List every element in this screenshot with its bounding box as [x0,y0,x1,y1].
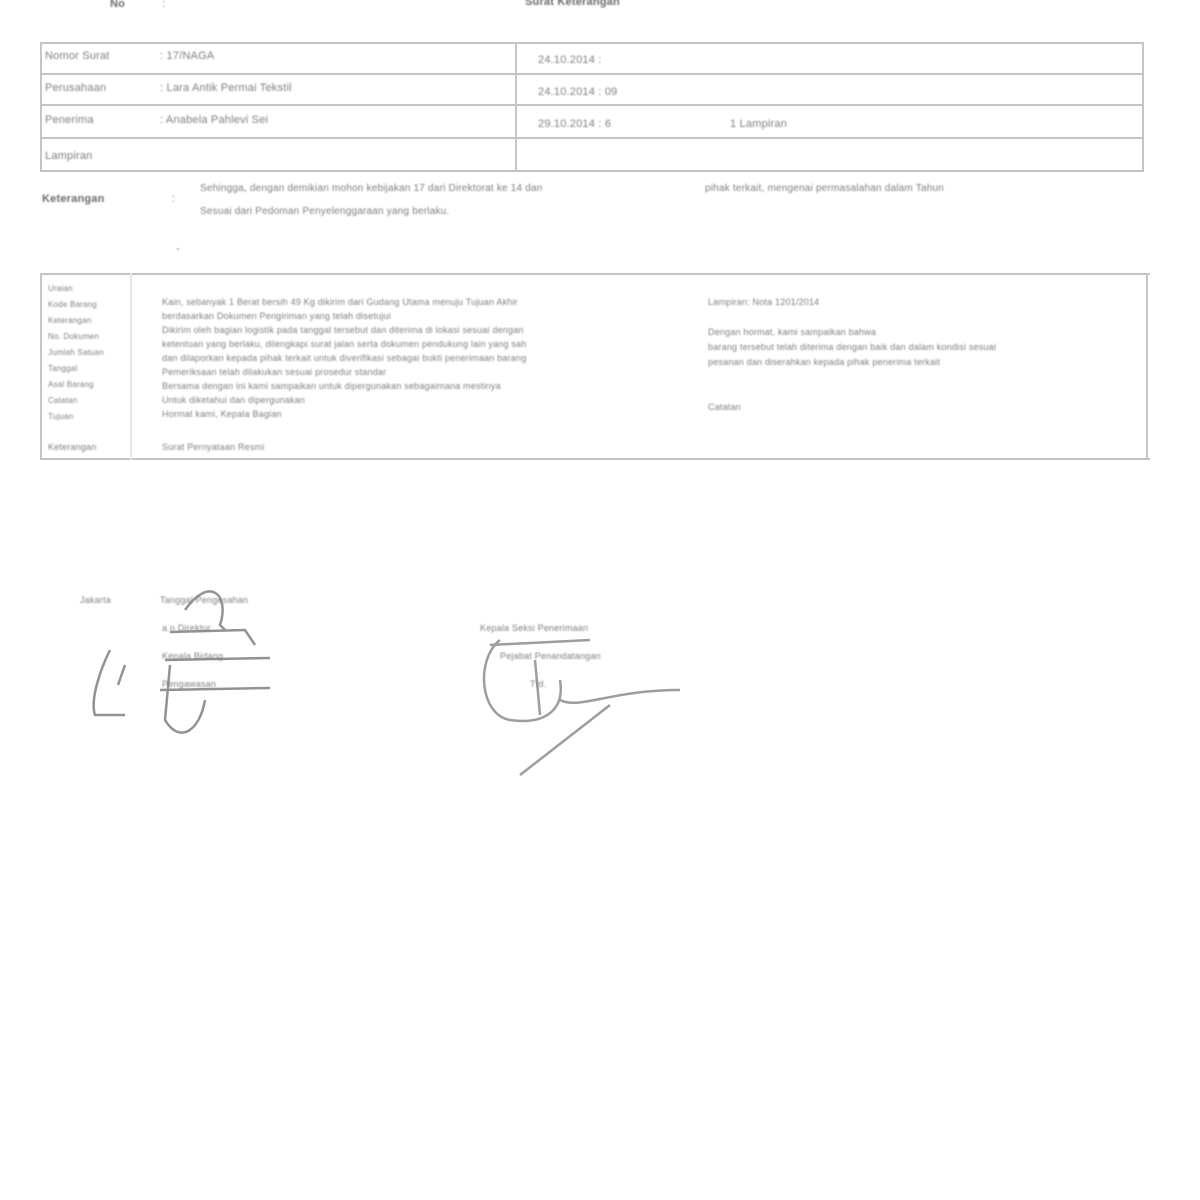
detail-line: Tujuan [48,410,73,423]
detail-line: Hormat kami, Kepala Bagian [162,408,282,421]
detail-line: Pemeriksaan telah dilakukan sesuai prose… [162,366,386,379]
row-label: Nomor Surat [45,50,110,63]
detail-line: Lampiran: Nota 1201/2014 [708,296,819,309]
row-extra: 1 Lampiran [730,118,787,131]
row-date: 29.10.2014 : 6 [538,118,611,131]
detail-line: Uraian [48,282,73,295]
handwritten-signature-right-icon [470,620,700,790]
detail-line: Jumlah Satuan [48,346,104,359]
detail-footer-label: Keterangan [48,441,97,454]
subject-line1-left: Sehingga, dengan demikian mohon kebijaka… [200,182,543,195]
detail-line: Catatan [48,394,77,407]
row-label: Penerima [45,114,94,127]
detail-line: Kain, sebanyak 1 Berat bersih 49 Kg diki… [162,296,518,309]
detail-line: Dikirim oleh bagian logistik pada tangga… [162,324,524,337]
row-value: : Lara Antik Permai Tekstil [160,82,292,95]
detail-line: Bersama dengan ini kami sampaikan untuk … [162,380,501,393]
detail-line: dan dilaporkan kepada pihak terkait untu… [162,352,526,365]
subject-bullet2: - [176,243,180,256]
header-no-label: No [110,0,125,11]
detail-line: Dengan hormat, kami sampaikan bahwa [708,326,876,339]
detail-line: Tanggal [48,362,77,375]
detail-line: Untuk diketahui dan dipergunakan [162,394,305,407]
detail-line: ketentuan yang berlaku, dilengkapi surat… [162,338,527,351]
subject-line1-right: pihak terkait, mengenai permasalahan dal… [705,182,944,195]
row-value: : Anabela Pahlevi Sei [160,114,268,127]
detail-line: barang tersebut telah diterima dengan ba… [708,341,996,354]
detail-line: Keterangan [48,314,91,327]
subject-bullet: : [172,193,175,206]
detail-line: No. Dokumen [48,330,99,343]
detail-line: berdasarkan Dokumen Pengiriman yang tela… [162,310,391,323]
detail-footer-value: Surat Pernyataan Resmi [162,441,264,454]
subject-label: Keterangan [42,193,105,206]
row-label: Perusahaan [45,82,106,95]
row-date: 24.10.2014 : [538,54,602,67]
detail-line: Kode Barang [48,298,97,311]
handwritten-signature-left-icon [70,570,330,750]
detail-line: Asal Barang [48,378,94,391]
row-label: Lampiran [45,150,92,163]
row-value: : 17/NAGA [160,50,214,63]
detail-line: pesanan dan diserahkan kepada pihak pene… [708,356,940,369]
header-colon: : [162,0,165,11]
detail-line: Catatan [708,401,741,414]
row-date: 24.10.2014 : 09 [538,86,617,99]
subject-line2: Sesuai dari Pedoman Penyelenggaraan yang… [200,205,449,218]
form-title: Surat Keterangan [525,0,620,9]
